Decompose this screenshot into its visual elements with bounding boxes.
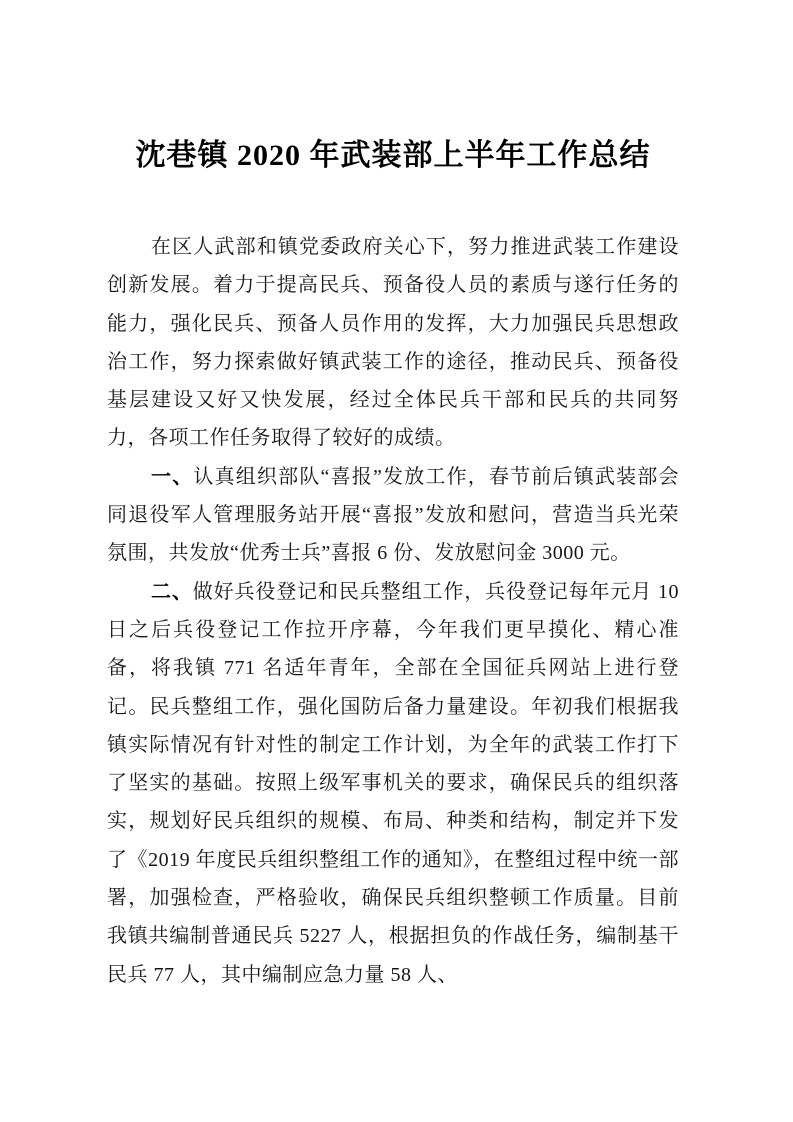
section-2-number: 二、 xyxy=(151,581,193,603)
paragraph-section-1: 一、认真组织部队“喜报”发放工作，春节前后镇武装部会同退役军人管理服务站开展“喜… xyxy=(107,458,679,573)
paragraph-intro: 在区人武部和镇党委政府关心下，努力推进武装工作建设创新发展。着力于提高民兵、预备… xyxy=(107,228,679,458)
paragraph-intro-text: 在区人武部和镇党委政府关心下，努力推进武装工作建设创新发展。着力于提高民兵、预备… xyxy=(107,236,679,449)
section-1-text: 认真组织部队“喜报”发放工作，春节前后镇武装部会同退役军人管理服务站开展“喜报”… xyxy=(107,466,679,565)
paragraph-section-2: 二、做好兵役登记和民兵整组工作，兵役登记每年元月 10 日之后兵役登记工作拉开序… xyxy=(107,573,679,994)
section-1-number: 一、 xyxy=(151,466,193,488)
document-body: 在区人武部和镇党委政府关心下，努力推进武装工作建设创新发展。着力于提高民兵、预备… xyxy=(107,228,679,994)
document-page: 沈巷镇 2020 年武装部上半年工作总结 在区人武部和镇党委政府关心下，努力推进… xyxy=(0,0,793,1122)
section-2-text: 做好兵役登记和民兵整组工作，兵役登记每年元月 10 日之后兵役登记工作拉开序幕，… xyxy=(107,581,679,986)
document-title: 沈巷镇 2020 年武装部上半年工作总结 xyxy=(107,134,679,178)
